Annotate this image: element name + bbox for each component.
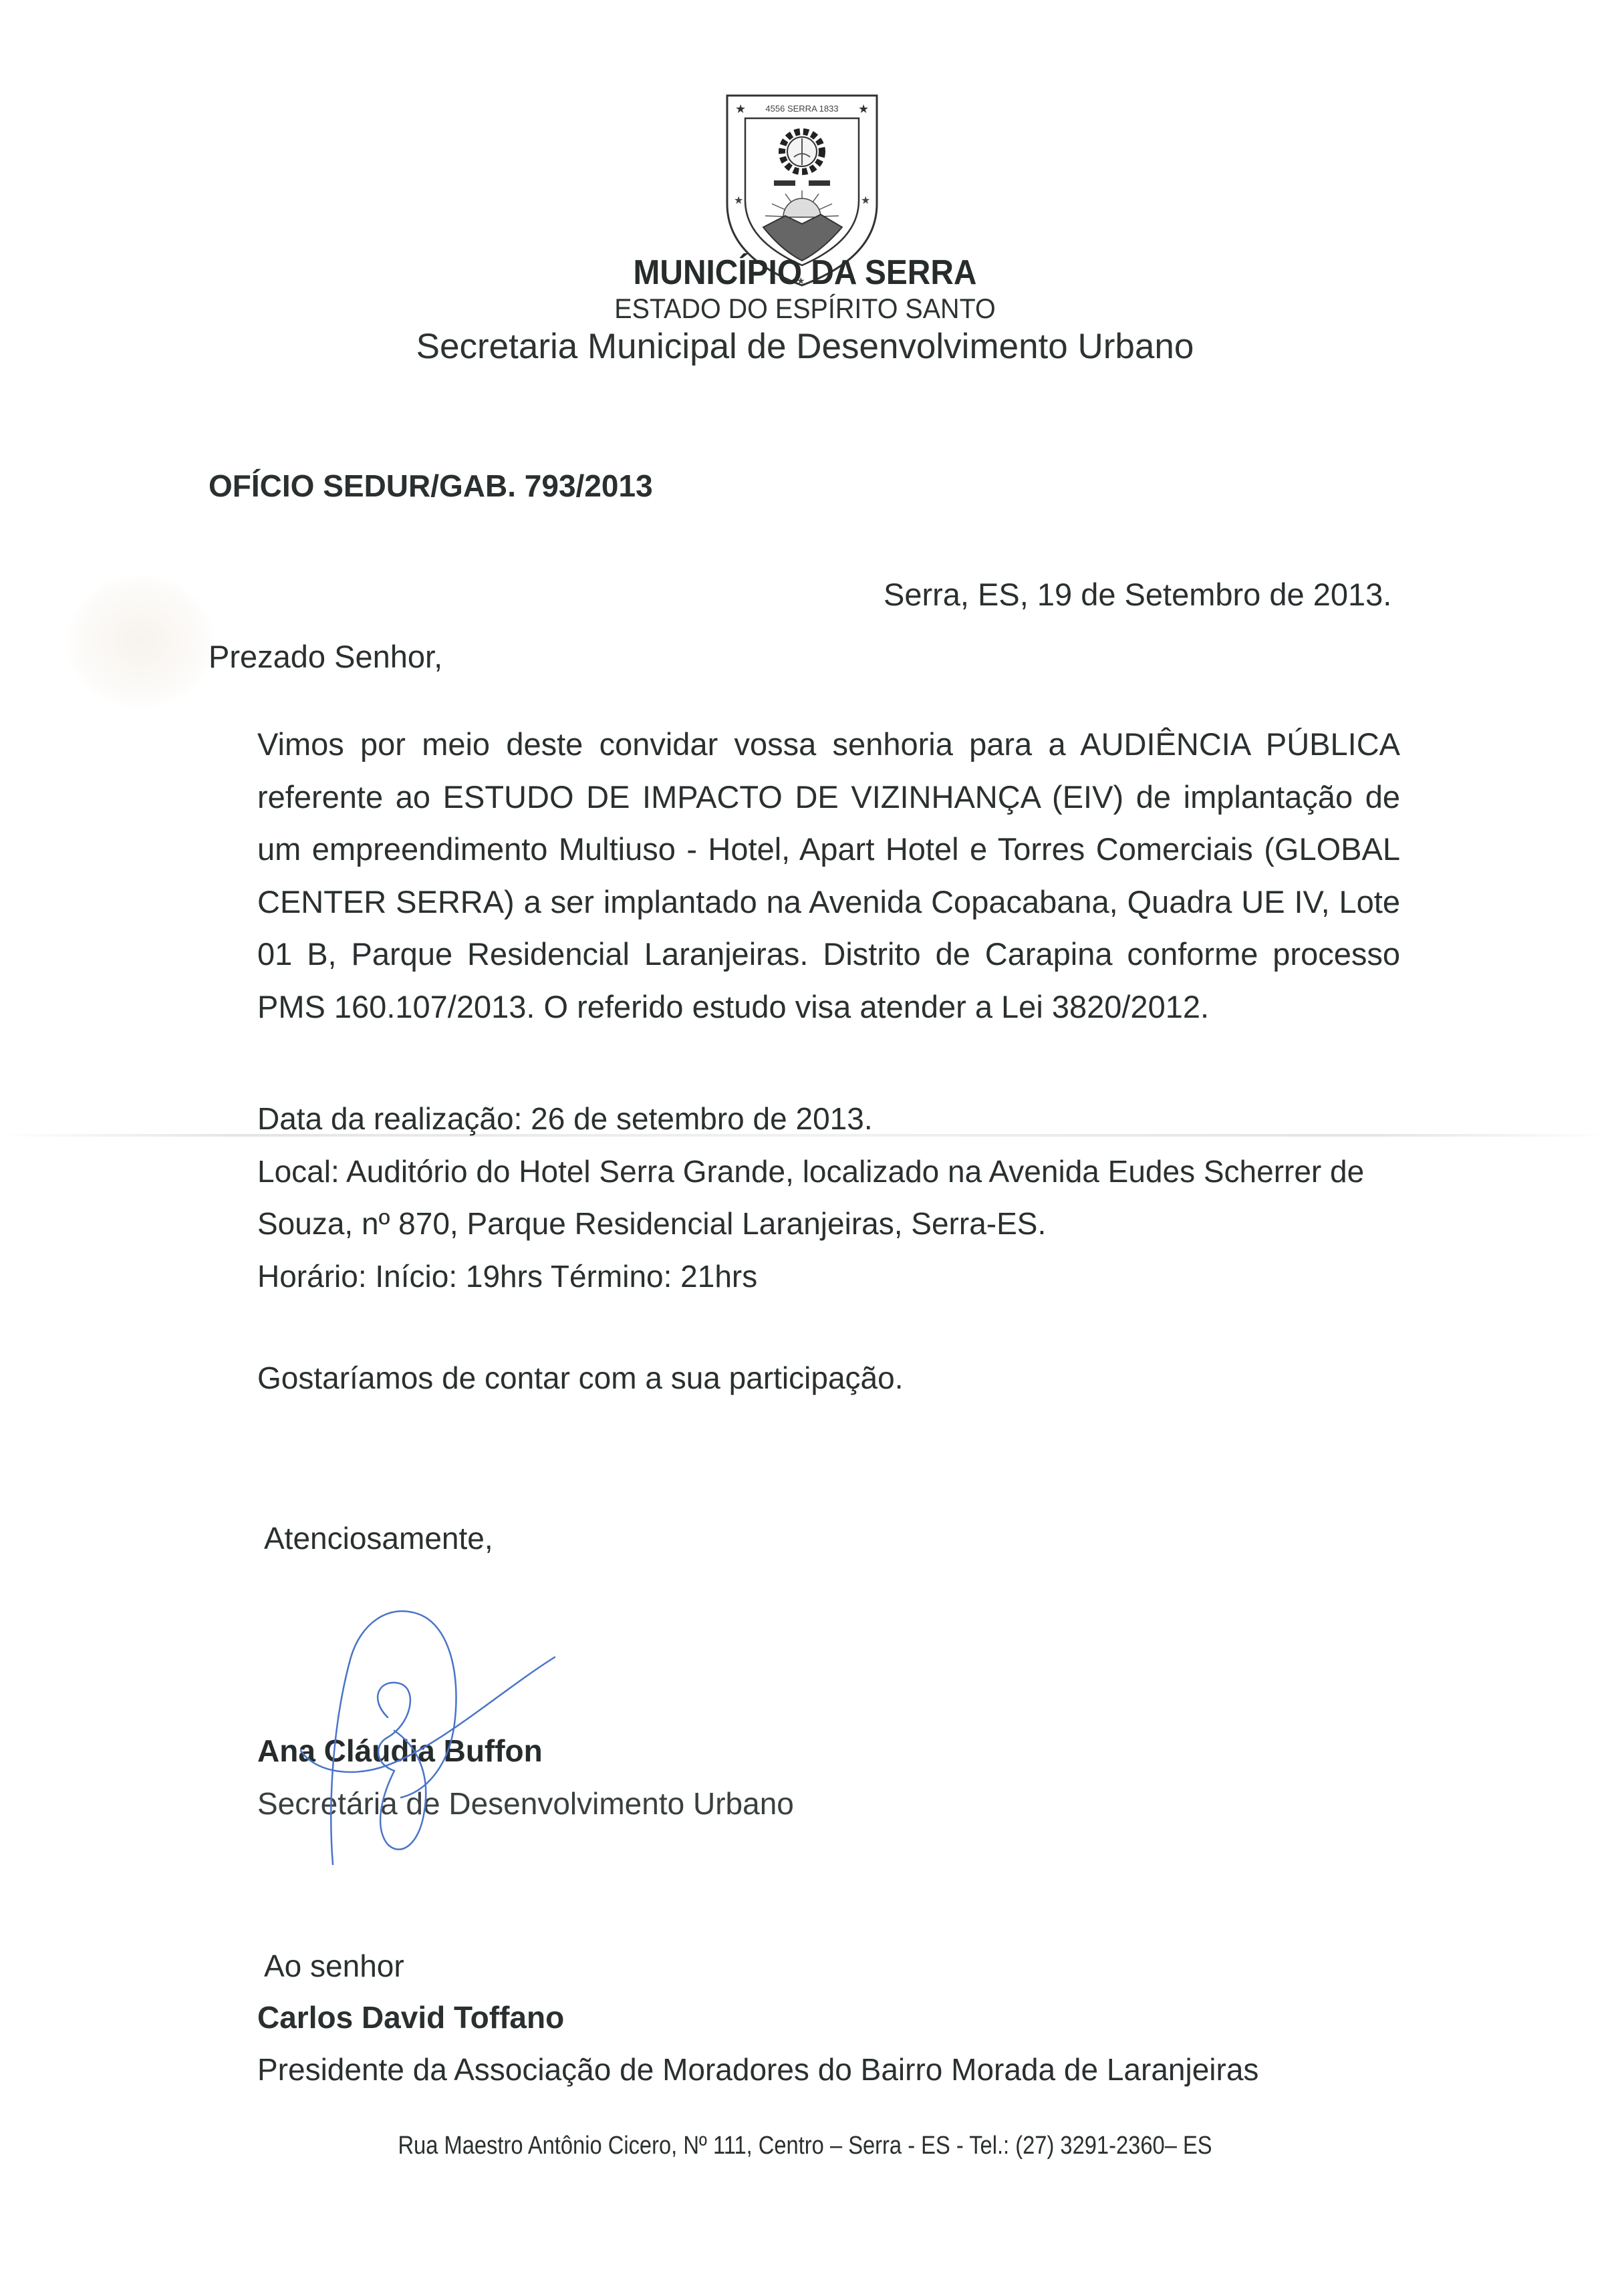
- municipality-name: MUNICÍPIO DA SERRA: [64, 253, 1545, 293]
- invitation-body: Vimos por meio deste convidar vossa senh…: [257, 718, 1400, 1033]
- greeting: Prezado Senhor,: [209, 638, 442, 675]
- footer-address: Rua Maestro Antônio Cicero, Nº 111, Cent…: [113, 2132, 1498, 2160]
- svg-text:★: ★: [858, 102, 869, 116]
- dateline: Serra, ES, 19 de Setembro de 2013.: [884, 576, 1391, 613]
- handwritten-signature-icon: [287, 1597, 635, 1878]
- state-name: ESTADO DO ESPÍRITO SANTO: [48, 293, 1561, 325]
- svg-text:4556 SERRA 1833: 4556 SERRA 1833: [765, 104, 838, 114]
- svg-text:★: ★: [735, 102, 746, 116]
- closing-phrase: Gostaríamos de contar com a sua particip…: [257, 1360, 903, 1396]
- document-reference: OFÍCIO SEDUR/GAB. 793/2013: [209, 468, 653, 504]
- event-details: Data da realização: 26 de setembro de 20…: [257, 1093, 1364, 1302]
- recipient-name: Carlos David Toffano: [257, 1999, 564, 2035]
- recipient-salutation: Ao senhor: [264, 1948, 404, 1984]
- svg-text:★: ★: [734, 195, 743, 206]
- event-time: Horário: Início: 19hrs Término: 21hrs: [257, 1250, 1364, 1303]
- event-location-line2: Souza, nº 870, Parque Residencial Laranj…: [257, 1197, 1364, 1250]
- recipient-title: Presidente da Associação de Moradores do…: [257, 2051, 1258, 2088]
- department-name: Secretaria Municipal de Desenvolvimento …: [0, 326, 1610, 367]
- regards: Atenciosamente,: [264, 1520, 493, 1556]
- svg-text:★: ★: [861, 195, 870, 206]
- event-date: Data da realização: 26 de setembro de 20…: [257, 1093, 1364, 1145]
- event-location-line1: Local: Auditório do Hotel Serra Grande, …: [257, 1145, 1364, 1198]
- paper-stain: [67, 575, 214, 708]
